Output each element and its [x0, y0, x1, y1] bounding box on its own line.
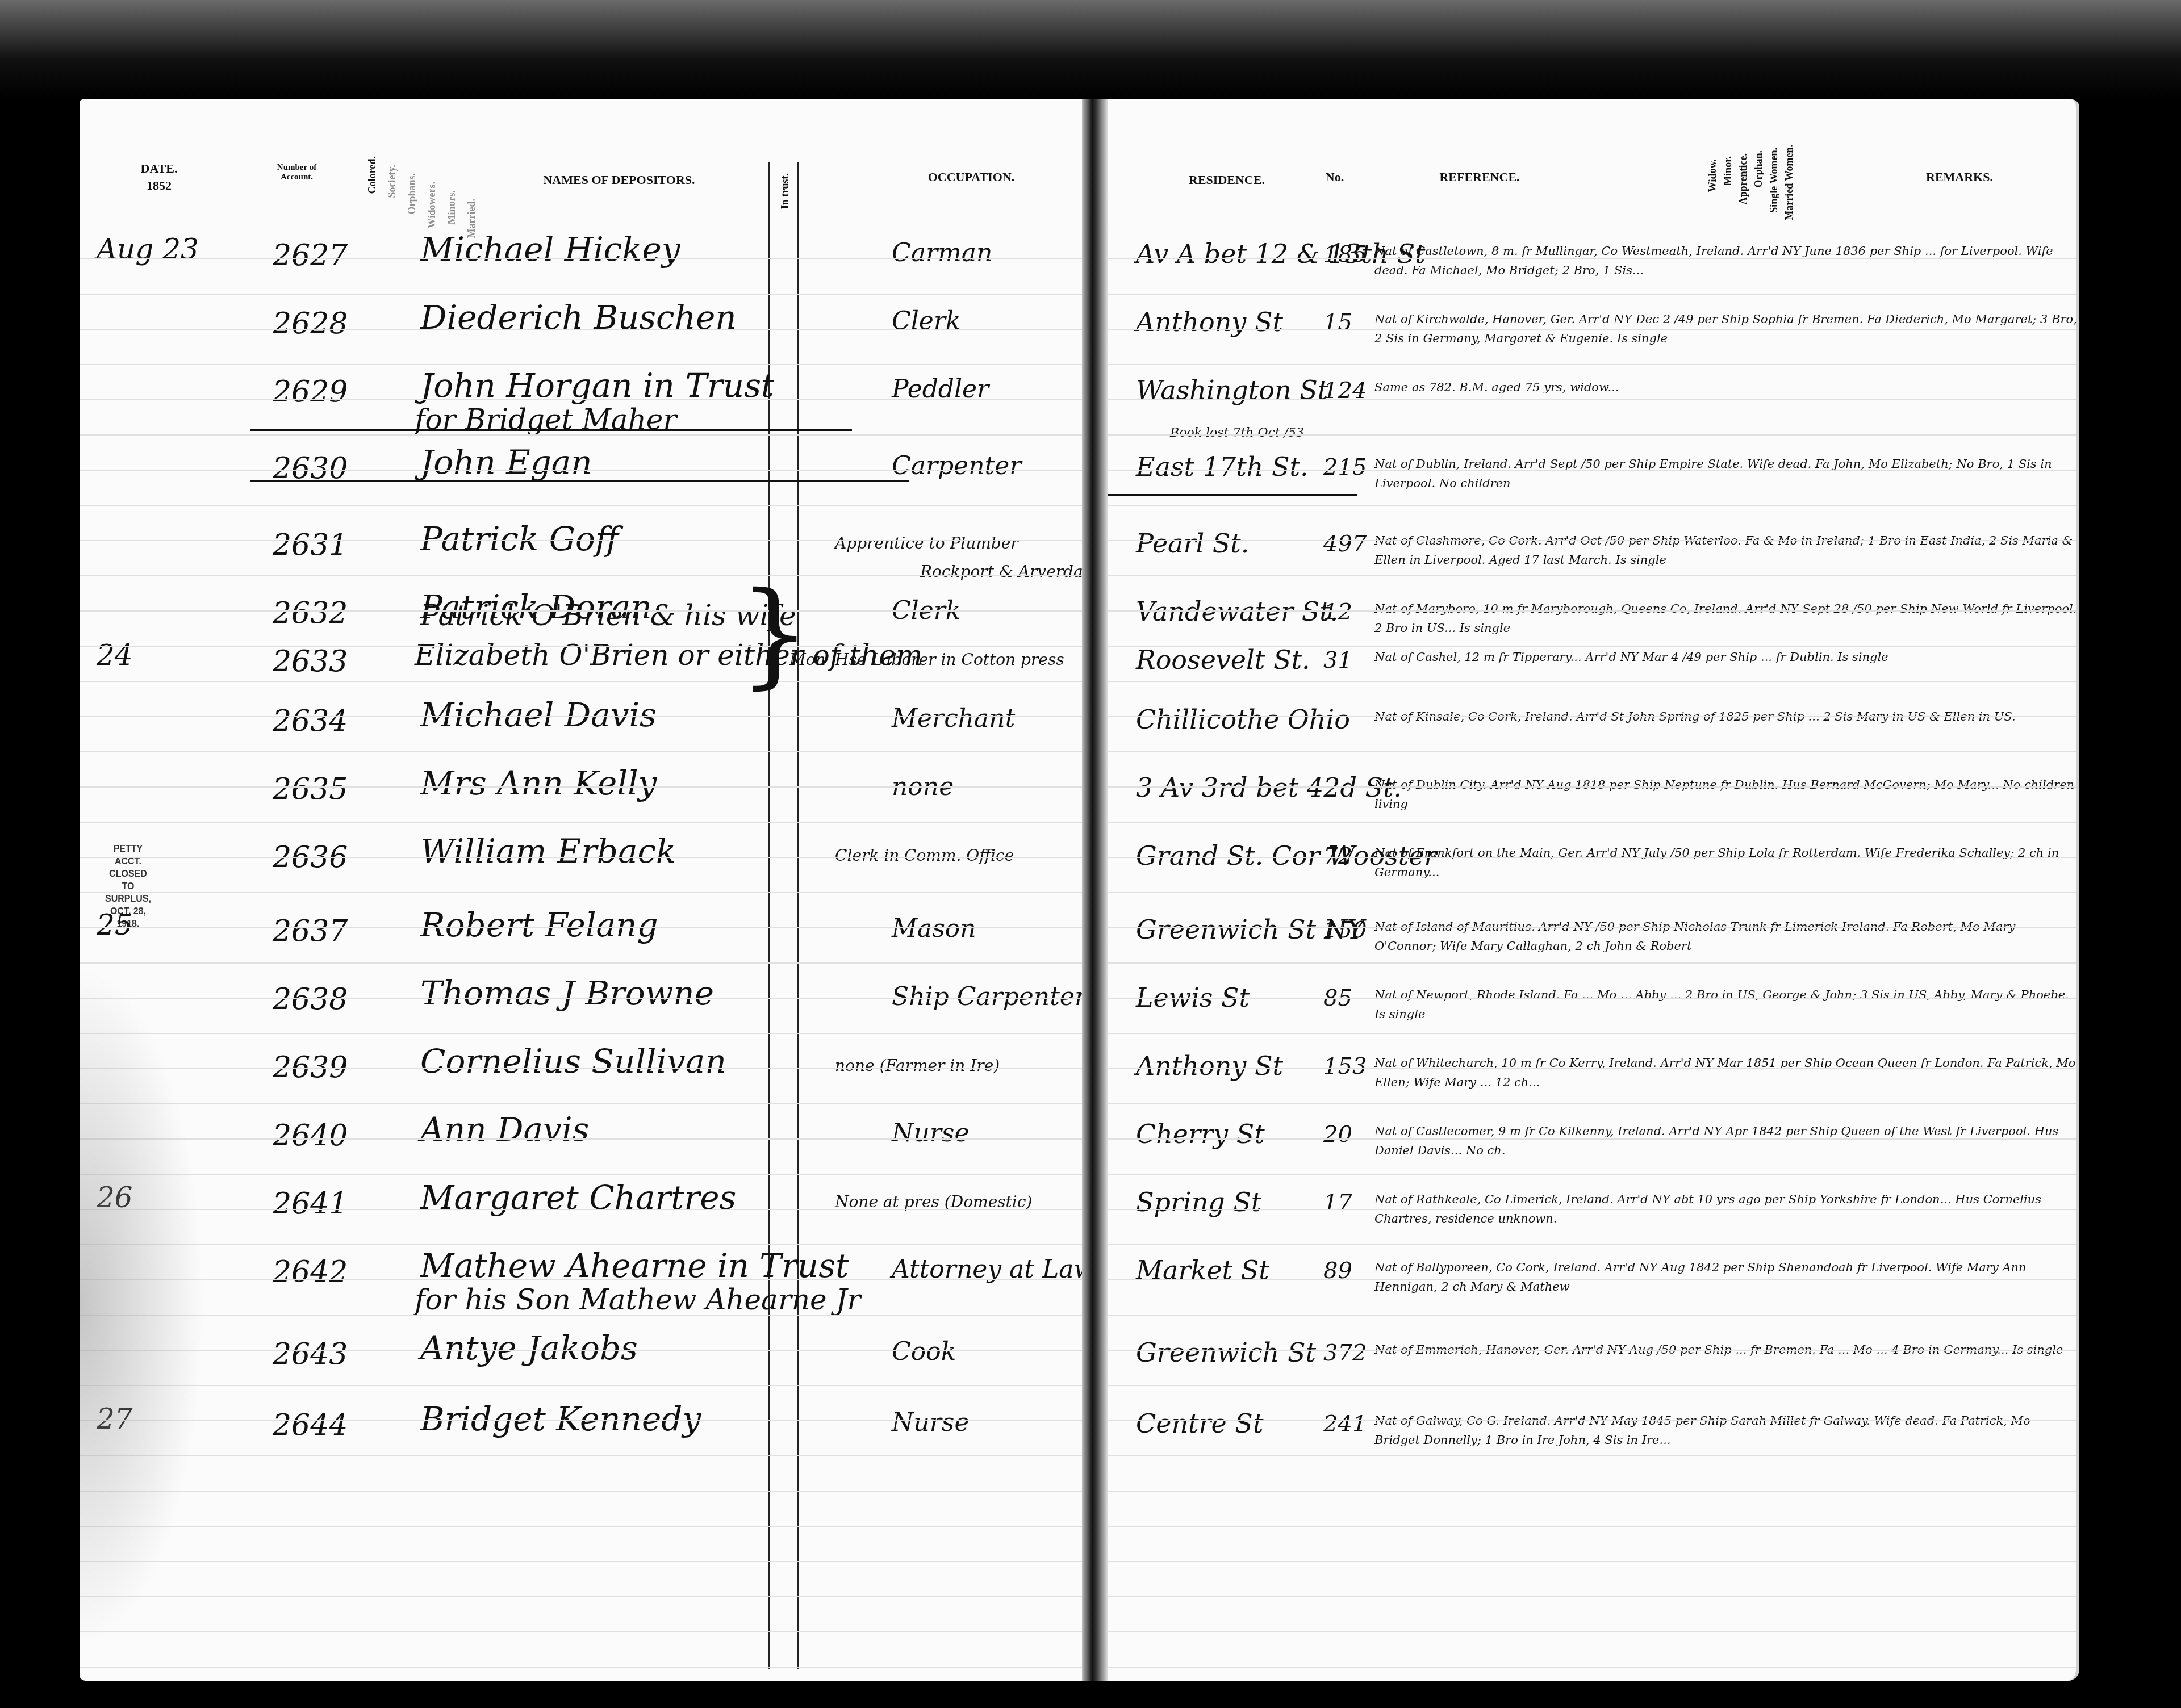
reference-text: Nat of Dublin, Ireland. Arr'd Sept /50 p… [1374, 454, 2079, 493]
left-page: DATE. 1852 Number of Account. Colored.So… [80, 99, 1085, 1681]
ledger-rule [1108, 1455, 2076, 1456]
ledger-rule [80, 1209, 1085, 1210]
residence: Spring St [1136, 1187, 1261, 1217]
ledger-rule [1108, 575, 2076, 576]
depositor-name: Cornelius Sullivan [420, 1042, 726, 1081]
reference-number: 150 [1323, 917, 1367, 943]
entry-date: 25 [97, 909, 133, 941]
reference-number: 20 [1323, 1121, 1352, 1148]
ledger-rule [1108, 786, 2076, 788]
depositor-name: Robert Felang [420, 906, 658, 944]
vertical-header: Orphan. [1753, 150, 1765, 188]
ledger-rule [80, 1174, 1085, 1175]
residence: Market St [1136, 1255, 1269, 1286]
ledger-rule [80, 927, 1085, 928]
residence: Roosevelt St. [1136, 644, 1310, 675]
depositor-name-line2: for Bridget Maher [415, 403, 676, 436]
ledger-rule [80, 1420, 1085, 1421]
ledger-rule [80, 470, 1085, 471]
ledger-rule [80, 1561, 1085, 1562]
ledger-rule [1108, 1526, 2076, 1527]
reference-number: 12 [1323, 599, 1352, 625]
ledger-rule [80, 258, 1085, 259]
ledger-rule [80, 1315, 1085, 1316]
depositor-name: Thomas J Browne [420, 974, 714, 1012]
ledger-rule [80, 294, 1085, 295]
account-number: 2638 [273, 982, 348, 1016]
ledger-rule [80, 364, 1085, 365]
ledger-rule [80, 998, 1085, 999]
reference-text: Nat of Newport, Rhode Island. Fa ... Mo … [1374, 985, 2079, 1024]
ledger-rule [80, 716, 1085, 717]
vertical-header: Widowers. [426, 182, 438, 228]
ledger-rule [1108, 505, 2076, 506]
ledger-rule [1108, 1033, 2076, 1034]
ledger-rule [80, 681, 1085, 682]
reference-text: Nat of Whitechurch, 10 m fr Co Kerry, Ir… [1374, 1053, 2079, 1092]
ledger-rule [1108, 1667, 2076, 1668]
ledger-rule [1108, 434, 2076, 436]
ledger-rule [80, 610, 1085, 612]
reference-number: 185 [1323, 241, 1367, 267]
ledger-rule [80, 1350, 1085, 1351]
occupation: Merchant [892, 704, 1015, 733]
ledger-rule [1108, 1561, 2076, 1562]
reference-text: Nat of Dublin City. Arr'd NY Aug 1818 pe… [1374, 775, 2079, 814]
ledger-rule [1108, 364, 2076, 365]
ledger-rule [80, 751, 1085, 752]
residence: Cherry St [1136, 1119, 1265, 1149]
ledger-rule [80, 434, 1085, 436]
depositor-name: Michael Davis [420, 696, 657, 734]
ledger-rule [1108, 962, 2076, 964]
depositor-name: Bridget Kennedy [420, 1400, 701, 1438]
ledger-rule [80, 1526, 1085, 1527]
depositor-name: Antye Jakobs [420, 1329, 638, 1367]
header-no: No. [1318, 170, 1352, 184]
reference-text: Nat of Castletown, 8 m. fr Mullingar, Co… [1374, 241, 2079, 280]
occupation: Carpenter [892, 451, 1021, 480]
reference-number: 72 [1323, 843, 1352, 869]
ledger-rule [1108, 1209, 2076, 1210]
ledger-rule [80, 1596, 1085, 1597]
occupation: none (Farmer in Ire) [835, 1056, 1000, 1075]
vertical-header: Colored. [366, 156, 378, 194]
ledger-rule [1108, 610, 2076, 612]
strike-line [250, 480, 909, 482]
ledger-rule [1108, 399, 2076, 400]
ledger-rule [80, 962, 1085, 964]
depositor-name: Michael Hickey [420, 230, 680, 269]
header-number-of-account: Number of Account. [270, 163, 324, 182]
scan-background [0, 0, 2181, 99]
occupation: Hse Laborer in Cotton press [835, 650, 1064, 669]
occupation: Ship Carpenter [892, 982, 1085, 1011]
account-number: 2642 [273, 1255, 348, 1289]
occupation: Clerk [892, 307, 960, 336]
ledger-rule [1108, 294, 2076, 295]
bracket-mark: } [738, 568, 810, 700]
ledger-rule [80, 1631, 1085, 1632]
ledger-rule [80, 1491, 1085, 1492]
reference-text: Same as 782. B.M. aged 75 yrs, widow... [1374, 378, 2079, 397]
reference-text: Nat of Maryboro, 10 m fr Maryborough, Qu… [1374, 599, 2079, 638]
header-names-of-depositors: NAMES OF DEPOSITORS. [500, 173, 738, 187]
reference-text: Nat of Frankfort on the Main, Ger. Arr'd… [1374, 843, 2079, 882]
residence: Anthony St [1136, 307, 1283, 337]
depositor-name: William Erback [420, 832, 676, 870]
ledger-rule [80, 857, 1085, 858]
ledger-rule [80, 505, 1085, 506]
ledger-rule [80, 1033, 1085, 1034]
ledger-rule [1108, 751, 2076, 752]
occupation: Nurse [892, 1408, 970, 1437]
ledger-rule [80, 1138, 1085, 1140]
column-divider [797, 162, 799, 1669]
reference-text: Nat of Ballyporeen, Co Cork, Ireland. Ar… [1374, 1258, 2079, 1296]
ledger-rule [80, 646, 1085, 647]
occupation: Apprentice to Plumber [835, 534, 1018, 552]
ledger-rule [80, 892, 1085, 893]
ledger-rule [1108, 470, 2076, 471]
strike-line [1108, 494, 1357, 496]
ledger-rule [1108, 1596, 2076, 1597]
stamp-line: PETTY ACCT. CLOSED TO [105, 843, 151, 893]
header-in-trust: In trust. [779, 173, 791, 209]
reference-number: 372 [1323, 1340, 1367, 1366]
ledger-rule [1108, 1350, 2076, 1351]
account-number: 2643 [273, 1337, 348, 1371]
residence: Chillicothe Ohio [1136, 704, 1350, 735]
account-number: 2637 [273, 914, 348, 948]
occupation-line2: Rockport & Arverday [920, 562, 1085, 581]
account-number: 2627 [273, 238, 348, 273]
ledger-rule [1108, 1068, 2076, 1069]
reference-text: Nat of Island of Mauritius. Arr'd NY /50… [1374, 917, 2079, 956]
depositor-name: Diederich Buschen [420, 298, 737, 337]
account-number: 2631 [273, 528, 348, 562]
ledger-rule [1108, 1491, 2076, 1492]
strike-line [250, 429, 852, 431]
occupation: Nurse [892, 1119, 970, 1148]
residence: East 17th St. [1136, 451, 1309, 482]
ledger-rule [1108, 1385, 2076, 1386]
ledger-rule [80, 786, 1085, 788]
right-page: RESIDENCE. No. REFERENCE. Widow.Minor.Ap… [1108, 99, 2079, 1681]
occupation: Carman [892, 238, 992, 267]
residence: Greenwich St [1136, 1337, 1316, 1368]
ledger-rule [80, 1455, 1085, 1456]
ledger-rule [1108, 892, 2076, 893]
account-number: 2640 [273, 1119, 348, 1153]
ledger-rule [80, 540, 1085, 541]
residence: Centre St [1136, 1408, 1263, 1439]
ledger-rule [80, 329, 1085, 330]
reference-number: 497 [1323, 531, 1367, 557]
residence-note: Book lost 7th Oct /53 [1170, 426, 1304, 440]
ledger-rule [80, 1385, 1085, 1386]
reference-number: 31 [1323, 647, 1352, 673]
account-number: 2644 [273, 1408, 348, 1442]
ledger-rule [1108, 1315, 2076, 1316]
entry-date: 24 [97, 639, 133, 672]
ledger-rule [1108, 716, 2076, 717]
ledger-rule [1108, 822, 2076, 823]
ledger-rule [1108, 258, 2076, 259]
occupation: Clerk in Comm. Office [835, 846, 1014, 865]
residence: Washington St [1136, 375, 1328, 405]
residence: Vandewater St. [1136, 596, 1338, 627]
vertical-header: Minors. [446, 190, 458, 225]
ledger-rule [1108, 329, 2076, 330]
depositor-name: Patrick Goff [420, 520, 619, 558]
ledger-rule [80, 822, 1085, 823]
ledger-rule [1108, 540, 2076, 541]
reference-number: 215 [1323, 454, 1367, 480]
vertical-header: Orphans. [406, 173, 418, 215]
depositor-name: Ann Davis [420, 1110, 589, 1149]
residence: 3 Av 3rd bet 42d St. [1136, 772, 1402, 803]
reference-number: 17 [1323, 1190, 1352, 1216]
ledger-rule [80, 1068, 1085, 1069]
ledger-rule [1108, 681, 2076, 682]
book-gutter [1082, 99, 1108, 1681]
ledger-rule [1108, 857, 2076, 858]
ledger-rule [1108, 1138, 2076, 1140]
ledger-rule [1108, 998, 2076, 999]
header-residence: RESIDENCE. [1153, 173, 1301, 187]
reference-number: 15 [1323, 309, 1352, 336]
vertical-header: Widow. [1707, 159, 1719, 192]
ledger-rule [80, 1103, 1085, 1104]
ledger-rule [1108, 927, 2076, 928]
header-reference: REFERENCE. [1423, 170, 1536, 184]
ledger-rule [1108, 1279, 2076, 1280]
depositor-name: Mrs Ann Kelly [420, 764, 657, 802]
depositor-name-line2: for his Son Mathew Ahearne Jr [415, 1283, 860, 1316]
vertical-header: Minor. [1722, 156, 1734, 186]
header-year: 1852 [133, 179, 185, 192]
ledger-rule [1108, 1174, 2076, 1175]
reference-number: 153 [1323, 1053, 1367, 1079]
account-number: 2634 [273, 704, 348, 738]
reference-number: 241 [1323, 1411, 1367, 1437]
ledger-rule [80, 1279, 1085, 1280]
page-stain [80, 965, 204, 1647]
header-date: DATE. [133, 162, 185, 175]
depositor-name: John Egan [420, 443, 592, 482]
vertical-header: Single Women. [1768, 148, 1780, 213]
reference-text: Nat of Cashel, 12 m fr Tipperary... Arr'… [1374, 647, 2079, 667]
ledger-rule [80, 1667, 1085, 1668]
account-number: 2635 [273, 772, 348, 806]
entry-date: Aug 23 [97, 233, 199, 266]
ledger-rule [1108, 646, 2076, 647]
ledger-rule [1108, 1244, 2076, 1245]
account-number: 2641 [273, 1187, 348, 1221]
header-occupation: OCCUPATION. [886, 170, 1056, 184]
vertical-header: Society. [386, 165, 398, 198]
account-number: 2629 [273, 375, 348, 409]
account-number: 2633 [273, 644, 348, 679]
ledger-rule [1108, 1420, 2076, 1421]
residence: Anthony St [1136, 1050, 1283, 1081]
ledger-rule [1108, 1103, 2076, 1104]
account-number: 2639 [273, 1050, 348, 1085]
depositor-name: Margaret Chartres [420, 1178, 736, 1217]
vertical-header: Married Women. [1783, 145, 1795, 220]
account-number: 2628 [273, 307, 348, 341]
account-number: 2632 [273, 596, 348, 630]
reference-text: Nat of Galway, Co G. Ireland. Arr'd NY M… [1374, 1411, 2079, 1450]
ledger-rule [80, 575, 1085, 576]
ledger-rule [80, 1244, 1085, 1245]
occupation: Mason [892, 914, 976, 943]
vertical-header: Apprentice. [1737, 153, 1749, 204]
ledger-rule [80, 399, 1085, 400]
reference-text: Nat of Castlecomer, 9 m fr Co Kilkenny, … [1374, 1121, 2079, 1160]
header-remarks: REMARKS. [1914, 170, 2005, 184]
reference-text: Nat of Clashmore, Co Cork. Arr'd Oct /50… [1374, 531, 2079, 570]
ledger-rule [1108, 1631, 2076, 1632]
occupation: Cook [892, 1337, 956, 1366]
residence: Pearl St. [1136, 528, 1249, 559]
